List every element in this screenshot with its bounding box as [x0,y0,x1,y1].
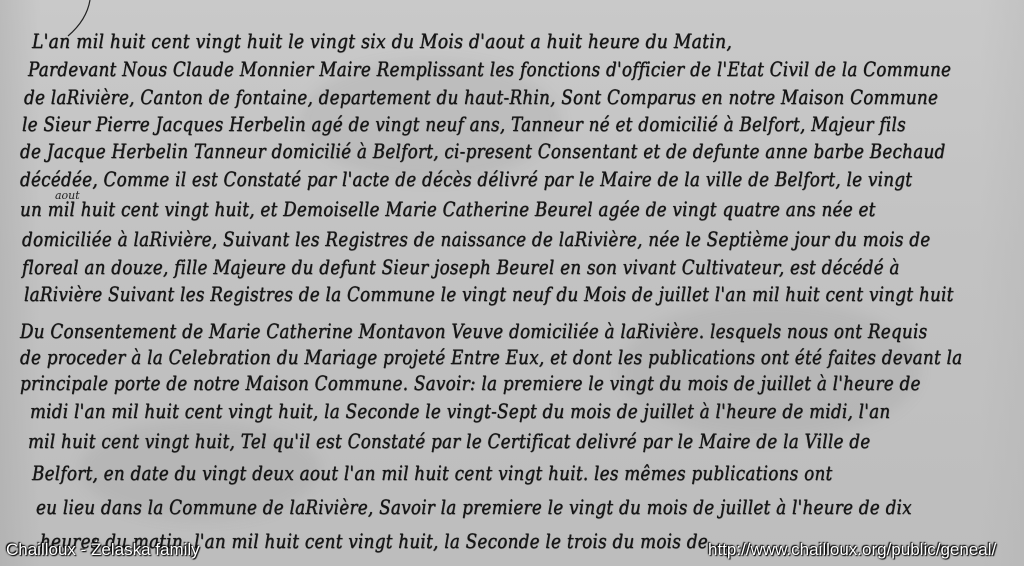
text-line-14: midi l'an mil huit cent vingt huit, la S… [30,400,890,423]
text-line-17: eu lieu dans la Commune de laRivière, Sa… [36,496,912,519]
scanned-page: L'an mil huit cent vingt huit le vingt s… [0,0,1024,566]
text-line-5: de Jacque Herbelin Tanneur domicilié à B… [20,140,946,163]
text-line-11: Du Consentement de Marie Catherine Monta… [20,320,927,343]
text-line-16: Belfort, en date du vingt deux aout l'an… [32,462,832,485]
text-line-9: floreal an douze, fille Majeure du defun… [22,256,900,279]
text-line-6: décédée, Comme il est Constaté par l'act… [20,168,912,191]
text-line-13: principale porte de notre Maison Commune… [20,372,921,395]
text-line-12: de proceder à la Celebration du Mariage … [20,346,962,369]
url-watermark: http://www.chailloux.org/public/geneal/ [708,540,996,560]
text-line-4: le Sieur Pierre Jacques Herbelin agé de … [22,113,906,136]
text-line-10: laRivière Suivant les Registres de la Co… [24,283,954,306]
family-watermark: Chailloux - Żelaska family [6,540,200,560]
text-line-15: mil huit cent vingt huit, Tel qu'il est … [28,430,870,453]
text-line-7: un mil huit cent vingt huit, et Demoisel… [20,198,876,221]
text-line-2: Pardevant Nous Claude Monnier Maire Remp… [28,58,951,81]
text-line-3: de laRivière, Canton de fontaine, depart… [24,86,938,109]
text-line-1: L'an mil huit cent vingt huit le vingt s… [32,30,732,53]
text-line-8: domiciliée à laRivière, Suivant les Regi… [22,228,930,251]
